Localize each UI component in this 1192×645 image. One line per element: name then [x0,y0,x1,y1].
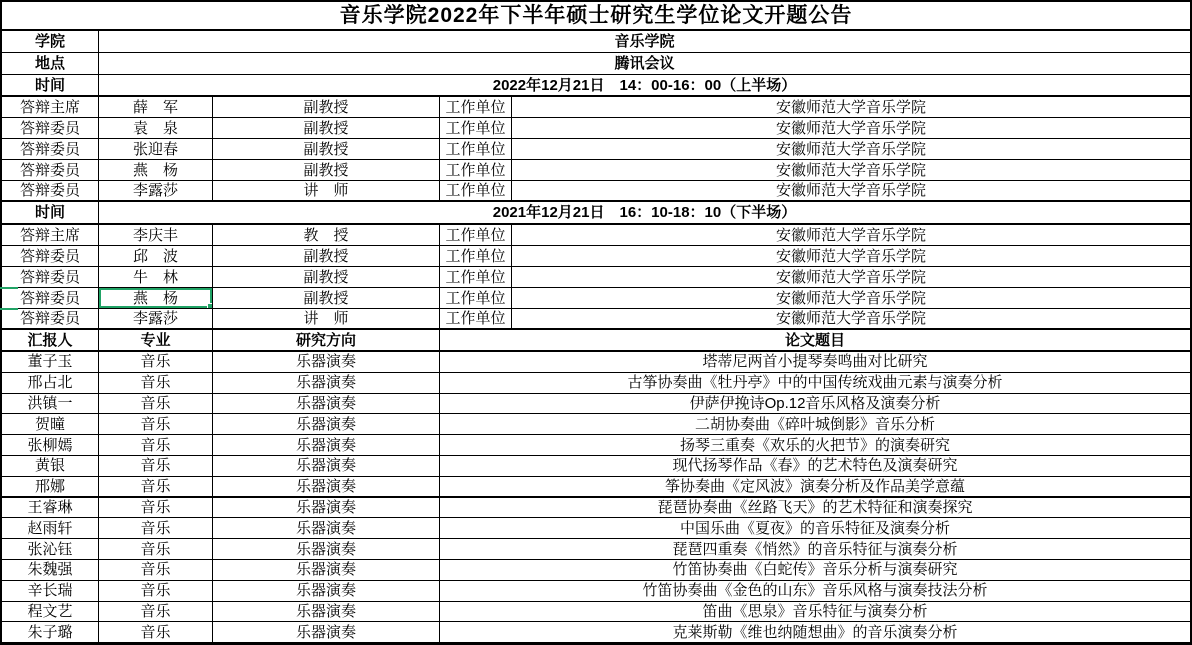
student-thesis-cell[interactable]: 琵琶四重奏《悄然》的音乐特征与演奏分析 [440,539,1190,560]
member-unit-label-cell[interactable]: 工作单位 [440,246,512,267]
student-direction-cell[interactable]: 乐器演奏 [213,394,440,415]
session1-time-value-cell[interactable]: 2022年12月21日 14：00-16：00（上半场） [99,75,1190,97]
student-thesis-cell[interactable]: 伊萨伊挽诗Op.12音乐风格及演奏分析 [440,394,1190,415]
student-name-cell[interactable]: 邢娜 [2,477,99,498]
student-thesis-cell[interactable]: 中国乐曲《夏夜》的音乐特征及演奏分析 [440,518,1190,539]
member-role-cell[interactable]: 答辩委员 [2,246,99,267]
member-unit-label-cell[interactable]: 工作单位 [440,97,512,118]
member-unit-value-cell[interactable]: 安徽师范大学音乐学院 [512,181,1190,202]
student-name-cell[interactable]: 赵雨轩 [2,518,99,539]
member-name-cell[interactable]: 李露莎 [99,309,213,330]
member-rank-cell[interactable]: 副教授 [213,288,440,309]
member-role-cell[interactable]: 答辩委员 [2,267,99,288]
member-role-cell[interactable]: 答辩主席 [2,225,99,246]
info-label-cell[interactable]: 地点 [2,53,99,75]
student-direction-cell[interactable]: 乐器演奏 [213,622,440,643]
student-thesis-cell[interactable]: 扬琴三重奏《欢乐的火把节》的演奏研究 [440,435,1190,456]
selection-edge-bottom [0,308,18,310]
student-name-cell[interactable]: 张柳嫣 [2,435,99,456]
student-direction-cell[interactable]: 乐器演奏 [213,456,440,477]
student-name-cell[interactable]: 贺曈 [2,414,99,435]
student-name-cell[interactable]: 朱魏强 [2,560,99,581]
student-direction-cell[interactable]: 乐器演奏 [213,414,440,435]
student-thesis-cell[interactable]: 克莱斯勒《维也纳随想曲》的音乐演奏分析 [440,622,1190,643]
student-major-cell[interactable]: 音乐 [99,414,213,435]
student-major-cell[interactable]: 音乐 [99,394,213,415]
member-rank-cell[interactable]: 讲 师 [213,181,440,202]
session2-time-label-cell[interactable]: 时间 [2,202,99,225]
member-unit-value-cell[interactable]: 安徽师范大学音乐学院 [512,267,1190,288]
student-thesis-cell[interactable]: 二胡协奏曲《碎叶城倒影》音乐分析 [440,414,1190,435]
student-major-cell[interactable]: 音乐 [99,560,213,581]
students-header-thesis[interactable]: 论文题目 [440,330,1190,352]
member-unit-value-cell[interactable]: 安徽师范大学音乐学院 [512,246,1190,267]
member-unit-label-cell[interactable]: 工作单位 [440,225,512,246]
member-unit-value-cell[interactable]: 安徽师范大学音乐学院 [512,309,1190,330]
member-rank-cell[interactable]: 副教授 [213,246,440,267]
student-thesis-cell[interactable]: 古筝协奏曲《牡丹亭》中的中国传统戏曲元素与演奏分析 [440,373,1190,394]
student-name-cell[interactable]: 邢占北 [2,373,99,394]
member-rank-cell[interactable]: 副教授 [213,160,440,181]
member-unit-value-cell[interactable]: 安徽师范大学音乐学院 [512,160,1190,181]
student-name-cell[interactable]: 洪镇一 [2,394,99,415]
member-role-cell[interactable]: 答辩委员 [2,181,99,202]
page-title[interactable]: 音乐学院2022年下半年硕士研究生学位论文开题公告 [2,2,1190,31]
student-major-cell[interactable]: 音乐 [99,581,213,602]
student-direction-cell[interactable]: 乐器演奏 [213,352,440,373]
member-unit-value-cell[interactable]: 安徽师范大学音乐学院 [512,288,1190,309]
student-name-cell[interactable]: 黄银 [2,456,99,477]
session1-time-label-cell[interactable]: 时间 [2,75,99,97]
students-header-direction[interactable]: 研究方向 [213,330,440,352]
student-major-cell[interactable]: 音乐 [99,498,213,519]
member-unit-label-cell[interactable]: 工作单位 [440,181,512,202]
member-unit-value-cell[interactable]: 安徽师范大学音乐学院 [512,225,1190,246]
info-value-cell[interactable]: 腾讯会议 [99,53,1190,75]
member-name-cell[interactable]: 牛 林 [99,267,213,288]
member-rank-cell[interactable]: 副教授 [213,267,440,288]
member-name-cell[interactable]: 薛 军 [99,97,213,118]
student-thesis-cell[interactable]: 笛曲《思泉》音乐特征与演奏分析 [440,602,1190,623]
member-name-cell[interactable]: 燕 杨 [99,160,213,181]
member-role-cell[interactable]: 答辩委员 [2,118,99,139]
student-direction-cell[interactable]: 乐器演奏 [213,539,440,560]
member-rank-cell[interactable]: 副教授 [213,118,440,139]
student-direction-cell[interactable]: 乐器演奏 [213,477,440,498]
student-major-cell[interactable]: 音乐 [99,373,213,394]
member-unit-label-cell[interactable]: 工作单位 [440,288,512,309]
member-rank-cell[interactable]: 副教授 [213,97,440,118]
students-header-major[interactable]: 专业 [99,330,213,352]
student-direction-cell[interactable]: 乐器演奏 [213,518,440,539]
student-thesis-cell[interactable]: 竹笛协奏曲《白蛇传》音乐分析与演奏研究 [440,560,1190,581]
student-major-cell[interactable]: 音乐 [99,539,213,560]
student-major-cell[interactable]: 音乐 [99,622,213,643]
student-thesis-cell[interactable]: 塔蒂尼两首小提琴奏鸣曲对比研究 [440,352,1190,373]
student-direction-cell[interactable]: 乐器演奏 [213,498,440,519]
info-value-cell[interactable]: 音乐学院 [99,31,1190,53]
member-role-cell[interactable]: 答辩委员 [2,288,99,309]
student-major-cell[interactable]: 音乐 [99,518,213,539]
member-name-cell[interactable]: 邱 波 [99,246,213,267]
student-direction-cell[interactable]: 乐器演奏 [213,435,440,456]
student-major-cell[interactable]: 音乐 [99,352,213,373]
student-direction-cell[interactable]: 乐器演奏 [213,373,440,394]
member-role-cell[interactable]: 答辩委员 [2,160,99,181]
member-role-cell[interactable]: 答辩主席 [2,97,99,118]
session2-time-value-cell[interactable]: 2021年12月21日 16：10-18：10（下半场） [99,202,1190,225]
member-role-cell[interactable]: 答辩委员 [2,139,99,160]
student-name-cell[interactable]: 王睿琳 [2,498,99,519]
member-unit-value-cell[interactable]: 安徽师范大学音乐学院 [512,139,1190,160]
student-thesis-cell[interactable]: 竹笛协奏曲《金色的山东》音乐风格与演奏技法分析 [440,581,1190,602]
member-name-cell[interactable]: 李露莎 [99,181,213,202]
student-thesis-cell[interactable]: 现代扬琴作品《春》的艺术特色及演奏研究 [440,456,1190,477]
student-thesis-cell[interactable]: 筝协奏曲《定风波》演奏分析及作品美学意蕴 [440,477,1190,498]
info-label-cell[interactable]: 学院 [2,31,99,53]
student-direction-cell[interactable]: 乐器演奏 [213,602,440,623]
students-header-reporter[interactable]: 汇报人 [2,330,99,352]
student-name-cell[interactable]: 董子玉 [2,352,99,373]
selection-edge-top [0,287,18,289]
spreadsheet-sheet: 音乐学院2022年下半年硕士研究生学位论文开题公告 学院 音乐学院 地点 腾讯会… [0,0,1192,645]
student-major-cell[interactable]: 音乐 [99,602,213,623]
member-unit-label-cell[interactable]: 工作单位 [440,309,512,330]
member-name-cell[interactable]: 袁 泉 [99,118,213,139]
member-role-cell[interactable]: 答辩委员 [2,309,99,330]
student-name-cell[interactable]: 程文艺 [2,602,99,623]
announcement-table: 音乐学院2022年下半年硕士研究生学位论文开题公告 学院 音乐学院 地点 腾讯会… [0,0,1192,645]
student-direction-cell[interactable]: 乐器演奏 [213,581,440,602]
student-name-cell[interactable]: 朱子璐 [2,622,99,643]
student-major-cell[interactable]: 音乐 [99,435,213,456]
student-direction-cell[interactable]: 乐器演奏 [213,560,440,581]
member-unit-label-cell[interactable]: 工作单位 [440,139,512,160]
member-name-cell[interactable]: 张迎春 [99,139,213,160]
student-major-cell[interactable]: 音乐 [99,477,213,498]
student-name-cell[interactable]: 张沁钰 [2,539,99,560]
member-unit-label-cell[interactable]: 工作单位 [440,160,512,181]
student-thesis-cell[interactable]: 琵琶协奏曲《丝路飞天》的艺术特征和演奏探究 [440,498,1190,519]
member-rank-cell[interactable]: 教 授 [213,225,440,246]
member-unit-value-cell[interactable]: 安徽师范大学音乐学院 [512,118,1190,139]
member-unit-value-cell[interactable]: 安徽师范大学音乐学院 [512,97,1190,118]
member-unit-label-cell[interactable]: 工作单位 [440,267,512,288]
member-name-cell[interactable]: 李庆丰 [99,225,213,246]
member-unit-label-cell[interactable]: 工作单位 [440,118,512,139]
member-name-cell[interactable]: 燕 杨 [99,288,213,309]
member-rank-cell[interactable]: 副教授 [213,139,440,160]
student-name-cell[interactable]: 辛长瑞 [2,581,99,602]
student-major-cell[interactable]: 音乐 [99,456,213,477]
member-rank-cell[interactable]: 讲 师 [213,309,440,330]
